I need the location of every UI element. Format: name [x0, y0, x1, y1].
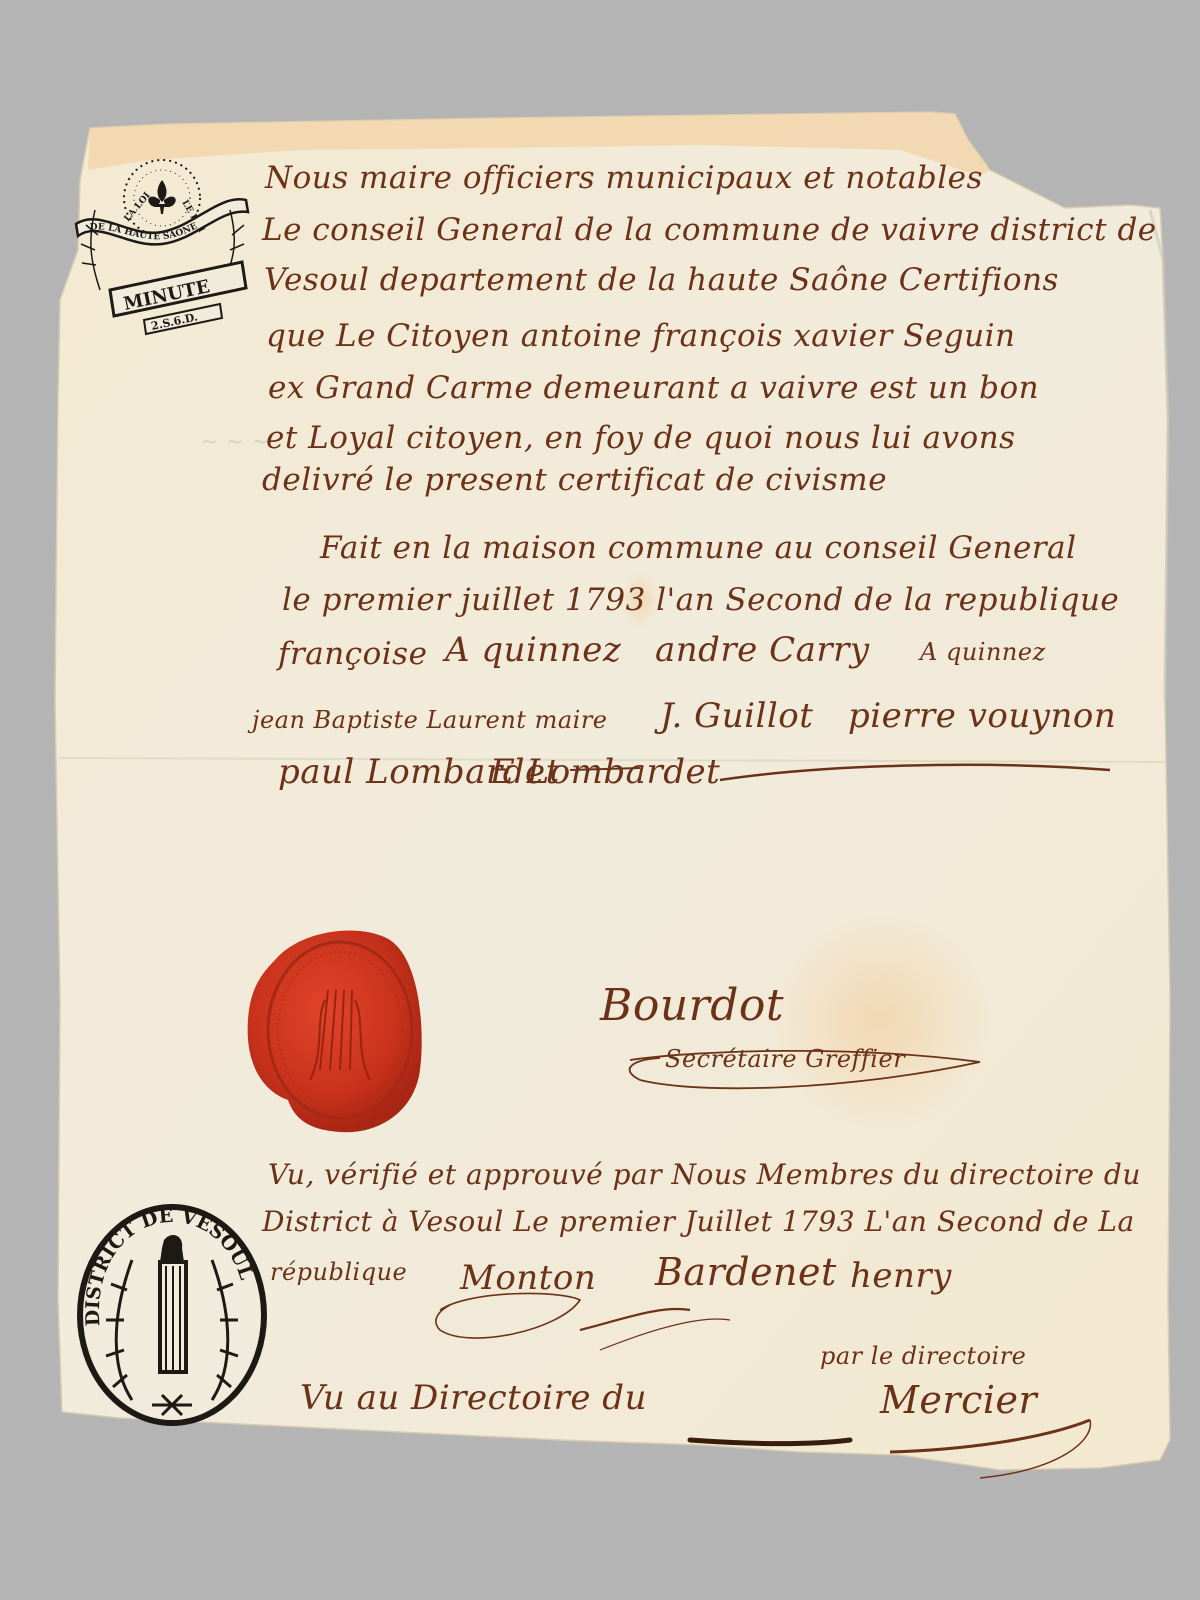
signature-mercier: Mercier	[880, 1378, 1037, 1422]
par-le-directoire-label: par le directoire	[820, 1342, 1026, 1370]
vu-au-directoire-text: Vu au Directoire du	[300, 1378, 647, 1418]
fasces-liberty-cap-icon	[160, 1235, 186, 1372]
signature-bourdot: Bourdot	[600, 980, 784, 1031]
district-de-vesoul-stamp: DISTRICT DE VESOUL	[72, 1200, 272, 1430]
approval-line-2: District à Vesoul Le premier Juillet 179…	[262, 1205, 1135, 1238]
approval-line-3: république	[270, 1258, 407, 1286]
signature-bardenet: Bardenet	[655, 1250, 837, 1294]
signature-monton: Monton	[460, 1258, 596, 1298]
red-wax-seal	[240, 920, 440, 1140]
manuscript-document: LA LOI LE ROI DE LA HAUTE SAONE MINUTE 2…	[0, 0, 1200, 1600]
signature-henry: henry	[850, 1256, 952, 1296]
secretary-title: Secrétaire Greffier	[665, 1045, 905, 1073]
district-stamp-text: DISTRICT DE VESOUL	[82, 1205, 258, 1327]
approval-line-1: Vu, vérifié et approuvé par Nous Membres…	[268, 1158, 1141, 1191]
